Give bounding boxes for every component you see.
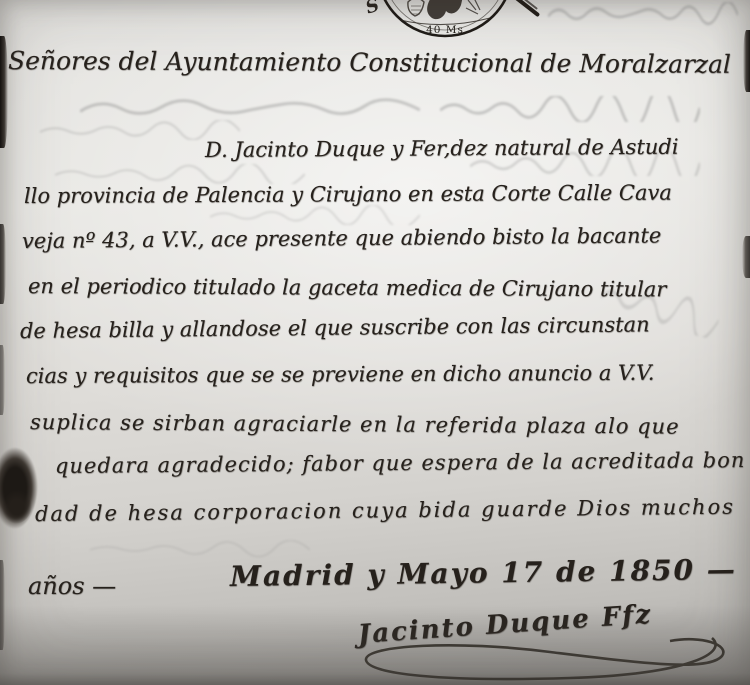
bleed-through-mark	[210, 205, 420, 225]
scan-bottom-shadow	[0, 605, 750, 685]
manuscript-page: 40 Ms S Señores del Ayuntamiento Constit…	[0, 0, 750, 685]
manuscript-line: en el periodico titulado la gaceta medic…	[28, 274, 667, 301]
bleed-through-mark	[80, 92, 420, 122]
scan-edge-mark	[0, 345, 5, 415]
seal-graphic: 40 Ms	[378, 0, 518, 50]
scan-edge-mark	[743, 30, 750, 92]
bleed-through-mark	[548, 2, 738, 26]
scan-edge-mark	[742, 236, 750, 278]
manuscript-line: cias y requisitos que se se previene en …	[26, 361, 654, 388]
salutation-line: Señores del Ayuntamiento Constitucional …	[8, 46, 731, 79]
dateline: Madrid y Mayo 17 de 1850 —	[230, 553, 737, 593]
manuscript-line: veja nº 43, a V.V., ace presente que abi…	[22, 223, 661, 253]
scan-edge-mark	[0, 224, 6, 304]
bleed-through-mark	[55, 164, 305, 184]
scan-edge-mark	[0, 36, 8, 148]
manuscript-line: años —	[28, 572, 116, 600]
manuscript-line: de hesa billa y allandose el que suscrib…	[20, 312, 650, 343]
manuscript-line: llo provincia de Palencia y Cirujano en …	[24, 181, 672, 208]
revenue-seal: 40 Ms	[378, 0, 518, 50]
bleed-through-mark	[90, 540, 310, 558]
manuscript-line: D. Jacinto Duque y Fer,dez natural de As…	[205, 135, 679, 162]
seal-figure	[427, 0, 463, 19]
manuscript-line: quedara agradecido; fabor que espera de …	[55, 448, 746, 478]
manuscript-line: suplica se sirban agraciarle en la refer…	[30, 410, 680, 439]
bleed-through-mark	[440, 96, 700, 122]
manuscript-line: dad de hesa corporacion cuya bida guarde…	[35, 495, 735, 526]
seal-denomination: 40 Ms	[426, 24, 464, 36]
